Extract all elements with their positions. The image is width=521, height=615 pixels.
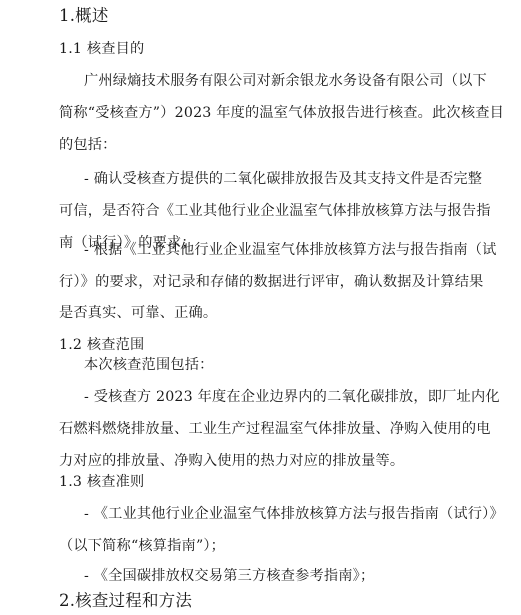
heading-verification-scope: 1.2 核查范围: [59, 335, 144, 355]
bullet-line: 可信，是否符合《工业其他行业企业温室气体排放核算方法与报告指: [59, 201, 451, 221]
heading-overview: 1.概述: [59, 6, 109, 26]
bullet-line: - 《全国碳排放权交易第三方核查参考指南》；: [84, 566, 374, 586]
bullet-line: 力对应的排放量、净购入使用的热力对应的排放量等。: [59, 451, 404, 471]
bullet-line: - 受核查方 2023 年度在企业边界内的二氧化碳排放，即厂址内化: [84, 387, 451, 407]
paragraph-line: 广州绿熵技术服务有限公司对新余银龙水务设备有限公司（以下: [84, 71, 451, 91]
heading-verification-purpose: 1.1 核查目的: [59, 39, 144, 59]
paragraph-line: 简称“受核查方”）2023 年度的温室气体放报告进行核查。此次核查目: [59, 103, 451, 123]
bullet-line: - 确认受核查方提供的二氧化碳排放报告及其支持文件是否完整: [84, 169, 451, 189]
bullet-line: - 《工业其他行业企业温室气体排放核算方法与报告指南（试行）》: [84, 504, 451, 524]
bullet-line: （以下简称“核算指南”）；: [59, 536, 225, 556]
bullet-line: 行）》的要求，对记录和存储的数据进行评审，确认数据及计算结果: [59, 272, 451, 292]
heading-process-and-methods: 2.核查过程和方法: [59, 591, 192, 611]
bullet-line: 是否真实、可靠、正确。: [59, 303, 217, 323]
heading-verification-criteria: 1.3 核查准则: [59, 472, 144, 492]
paragraph-line: 本次核查范围包括：: [84, 355, 214, 375]
bullet-line: - 根据《工业其他行业企业温室气体排放核算方法与报告指南（试: [84, 240, 451, 260]
bullet-line: 石燃料燃烧排放量、工业生产过程温室气体排放量、净购入使用的电: [59, 419, 451, 439]
paragraph-line: 的包括：: [59, 135, 117, 155]
